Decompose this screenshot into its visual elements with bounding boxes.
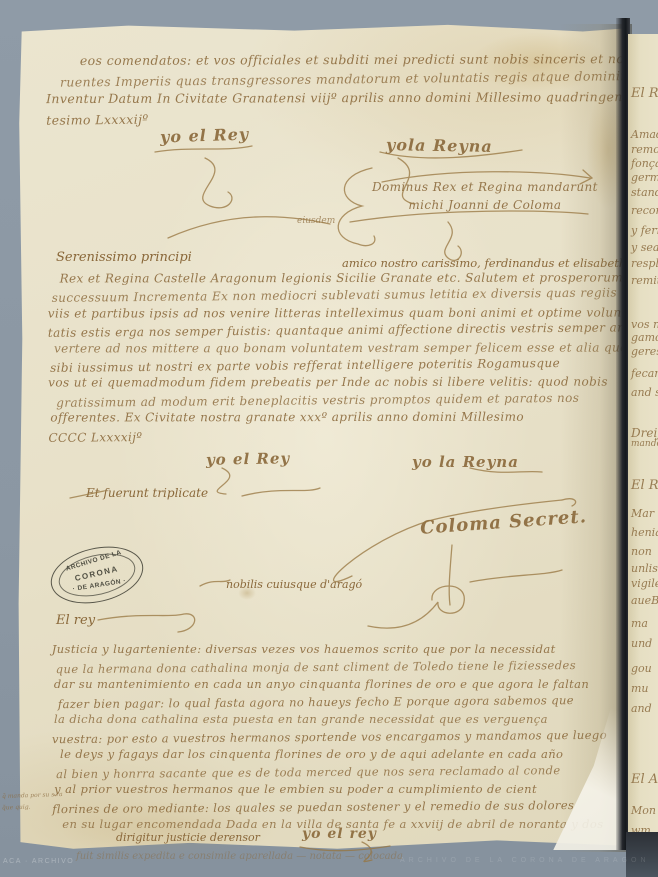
adjacent-page-text-fragment: Mon [631, 804, 656, 817]
manuscript-text-line: que la hermana dona cathalina monja de s… [56, 656, 607, 678]
address-line: nobilis cuiusque d'aragó [226, 578, 362, 591]
adjacent-page-text-fragment: germana [631, 171, 658, 184]
adjacent-page-text-fragment: stando [631, 186, 658, 199]
manuscript-text-line: florines de oro mediante: los quales se … [52, 796, 607, 818]
scanned-manuscript-photo: eos comendatos: et vos officiales et sub… [0, 0, 658, 877]
adjacent-page-text-fragment: El Rey [631, 86, 658, 101]
adjacent-page-text-fragment: mandó [631, 439, 658, 449]
manuscript-text-line: Justicia y lugarteniente: diversas vezes… [52, 641, 607, 659]
adjacent-page-text-fragment: resplan [631, 257, 658, 270]
adjacent-page-text-fragment: unlis [631, 562, 658, 575]
adjacent-page-text-fragment: El A [631, 772, 658, 787]
manuscript-text-line: fazer bien pagar: lo qual fasta agora no… [58, 691, 607, 713]
adjacent-page-text-fragment: geres [631, 345, 658, 358]
paragraph-latin-middle: Rex et Regina Castelle Aragonum legionis… [48, 268, 658, 445]
adjacent-page-text-fragment: vigile [631, 577, 658, 590]
adjacent-page-text-fragment: Dreija [631, 426, 658, 440]
manuscript-text-line: dar su mantenimiento en cada un anyo cin… [54, 676, 607, 694]
adjacent-page-text-fragment: y fermos [631, 224, 658, 237]
signature-king-1: yo el Rey [160, 124, 250, 146]
margin-note-line2: q̃ue quig. [2, 804, 31, 812]
adjacent-page-edge: El ReyAmadosremo defonça ngermanastandor… [628, 34, 658, 838]
adjacent-page-text-fragment: El Rey [631, 478, 658, 493]
direction-line: dirigitur justicie derensor [116, 831, 260, 844]
paragraph-latin-top: eos comendatos: et vos officiales et sub… [46, 48, 658, 129]
paragraph-spanish-bottom: Justicia y lugarteniente: diversas vezes… [52, 640, 608, 834]
adjacent-page-text-fragment: recorde [631, 204, 658, 217]
signature-king-3: yo el rey [302, 826, 377, 842]
adjacent-page-text-fragment: fecam [631, 367, 658, 380]
watermark-left: ACA · ARCHIVO [3, 858, 74, 865]
bottom-faint-line: fuit similis expedita e consimile aparel… [76, 851, 403, 862]
chancery-note-line2: michi Joanni de Coloma [372, 196, 598, 214]
watermark-right: ARCHIVO DE LA CORONA DE ARAGON [400, 857, 650, 864]
adjacent-page-text-fragment: fonça n [631, 157, 658, 170]
signature-king-2: yo el Rey [206, 449, 290, 468]
adjacent-page-text-fragment: and s [631, 386, 658, 399]
signature-queen-2: yo la Reyna [412, 453, 519, 471]
manuscript-text-line: la dicha dona cathalina esta puesta en t… [54, 711, 607, 729]
heading-el-rey: El rey [56, 613, 95, 628]
manuscript-text-line: le deys y fagays dar los cinquenta flori… [60, 746, 607, 764]
adjacent-page-text-fragment: gamos [631, 331, 658, 344]
adjacent-page-text-fragment: henia [631, 526, 658, 539]
adjacent-page-text-fragment: Amados [631, 128, 658, 141]
signature-queen-1: yola Reyna [386, 135, 493, 156]
adjacent-page-text-fragment: Mar [631, 507, 654, 520]
adjacent-page-text-fragment: aueB [631, 594, 658, 607]
adjacent-page-shadow [626, 832, 658, 877]
adjacent-page-text-fragment: ma [631, 617, 648, 630]
chancery-note: Dominus Rex et Regina mandarunt michi Jo… [372, 178, 598, 214]
triplicate-note: Et fuerunt triplicate [86, 486, 208, 500]
adjacent-page-text-fragment: remo de [631, 143, 658, 156]
adjacent-page-text-fragment: non [631, 545, 652, 558]
adjacent-page-text-fragment: y sean e [631, 241, 658, 254]
adjacent-page-text-fragment: mu [631, 682, 649, 695]
salutation-serenissimo: Serenissimo principi [56, 250, 192, 265]
adjacent-page-text-fragment: vos n [631, 318, 658, 331]
adjacent-page-text-fragment: gou [631, 662, 652, 675]
manuscript-text-line: al bien y honrra sacante que es de toda … [56, 761, 607, 783]
manuscript-text-line: y al prior vuestros hermanos que le embi… [54, 781, 607, 799]
adjacent-page-text-fragment: remitio [631, 274, 658, 287]
chancery-note-line1: Dominus Rex et Regina mandarunt [372, 178, 598, 196]
adjacent-page-text-fragment: und [631, 637, 652, 650]
manuscript-text-line: vuestra: por esto a vuestros hermanos sp… [52, 726, 607, 748]
adjacent-page-text-fragment: and [631, 702, 652, 715]
eiusdem-note: eiusdem [297, 216, 335, 226]
